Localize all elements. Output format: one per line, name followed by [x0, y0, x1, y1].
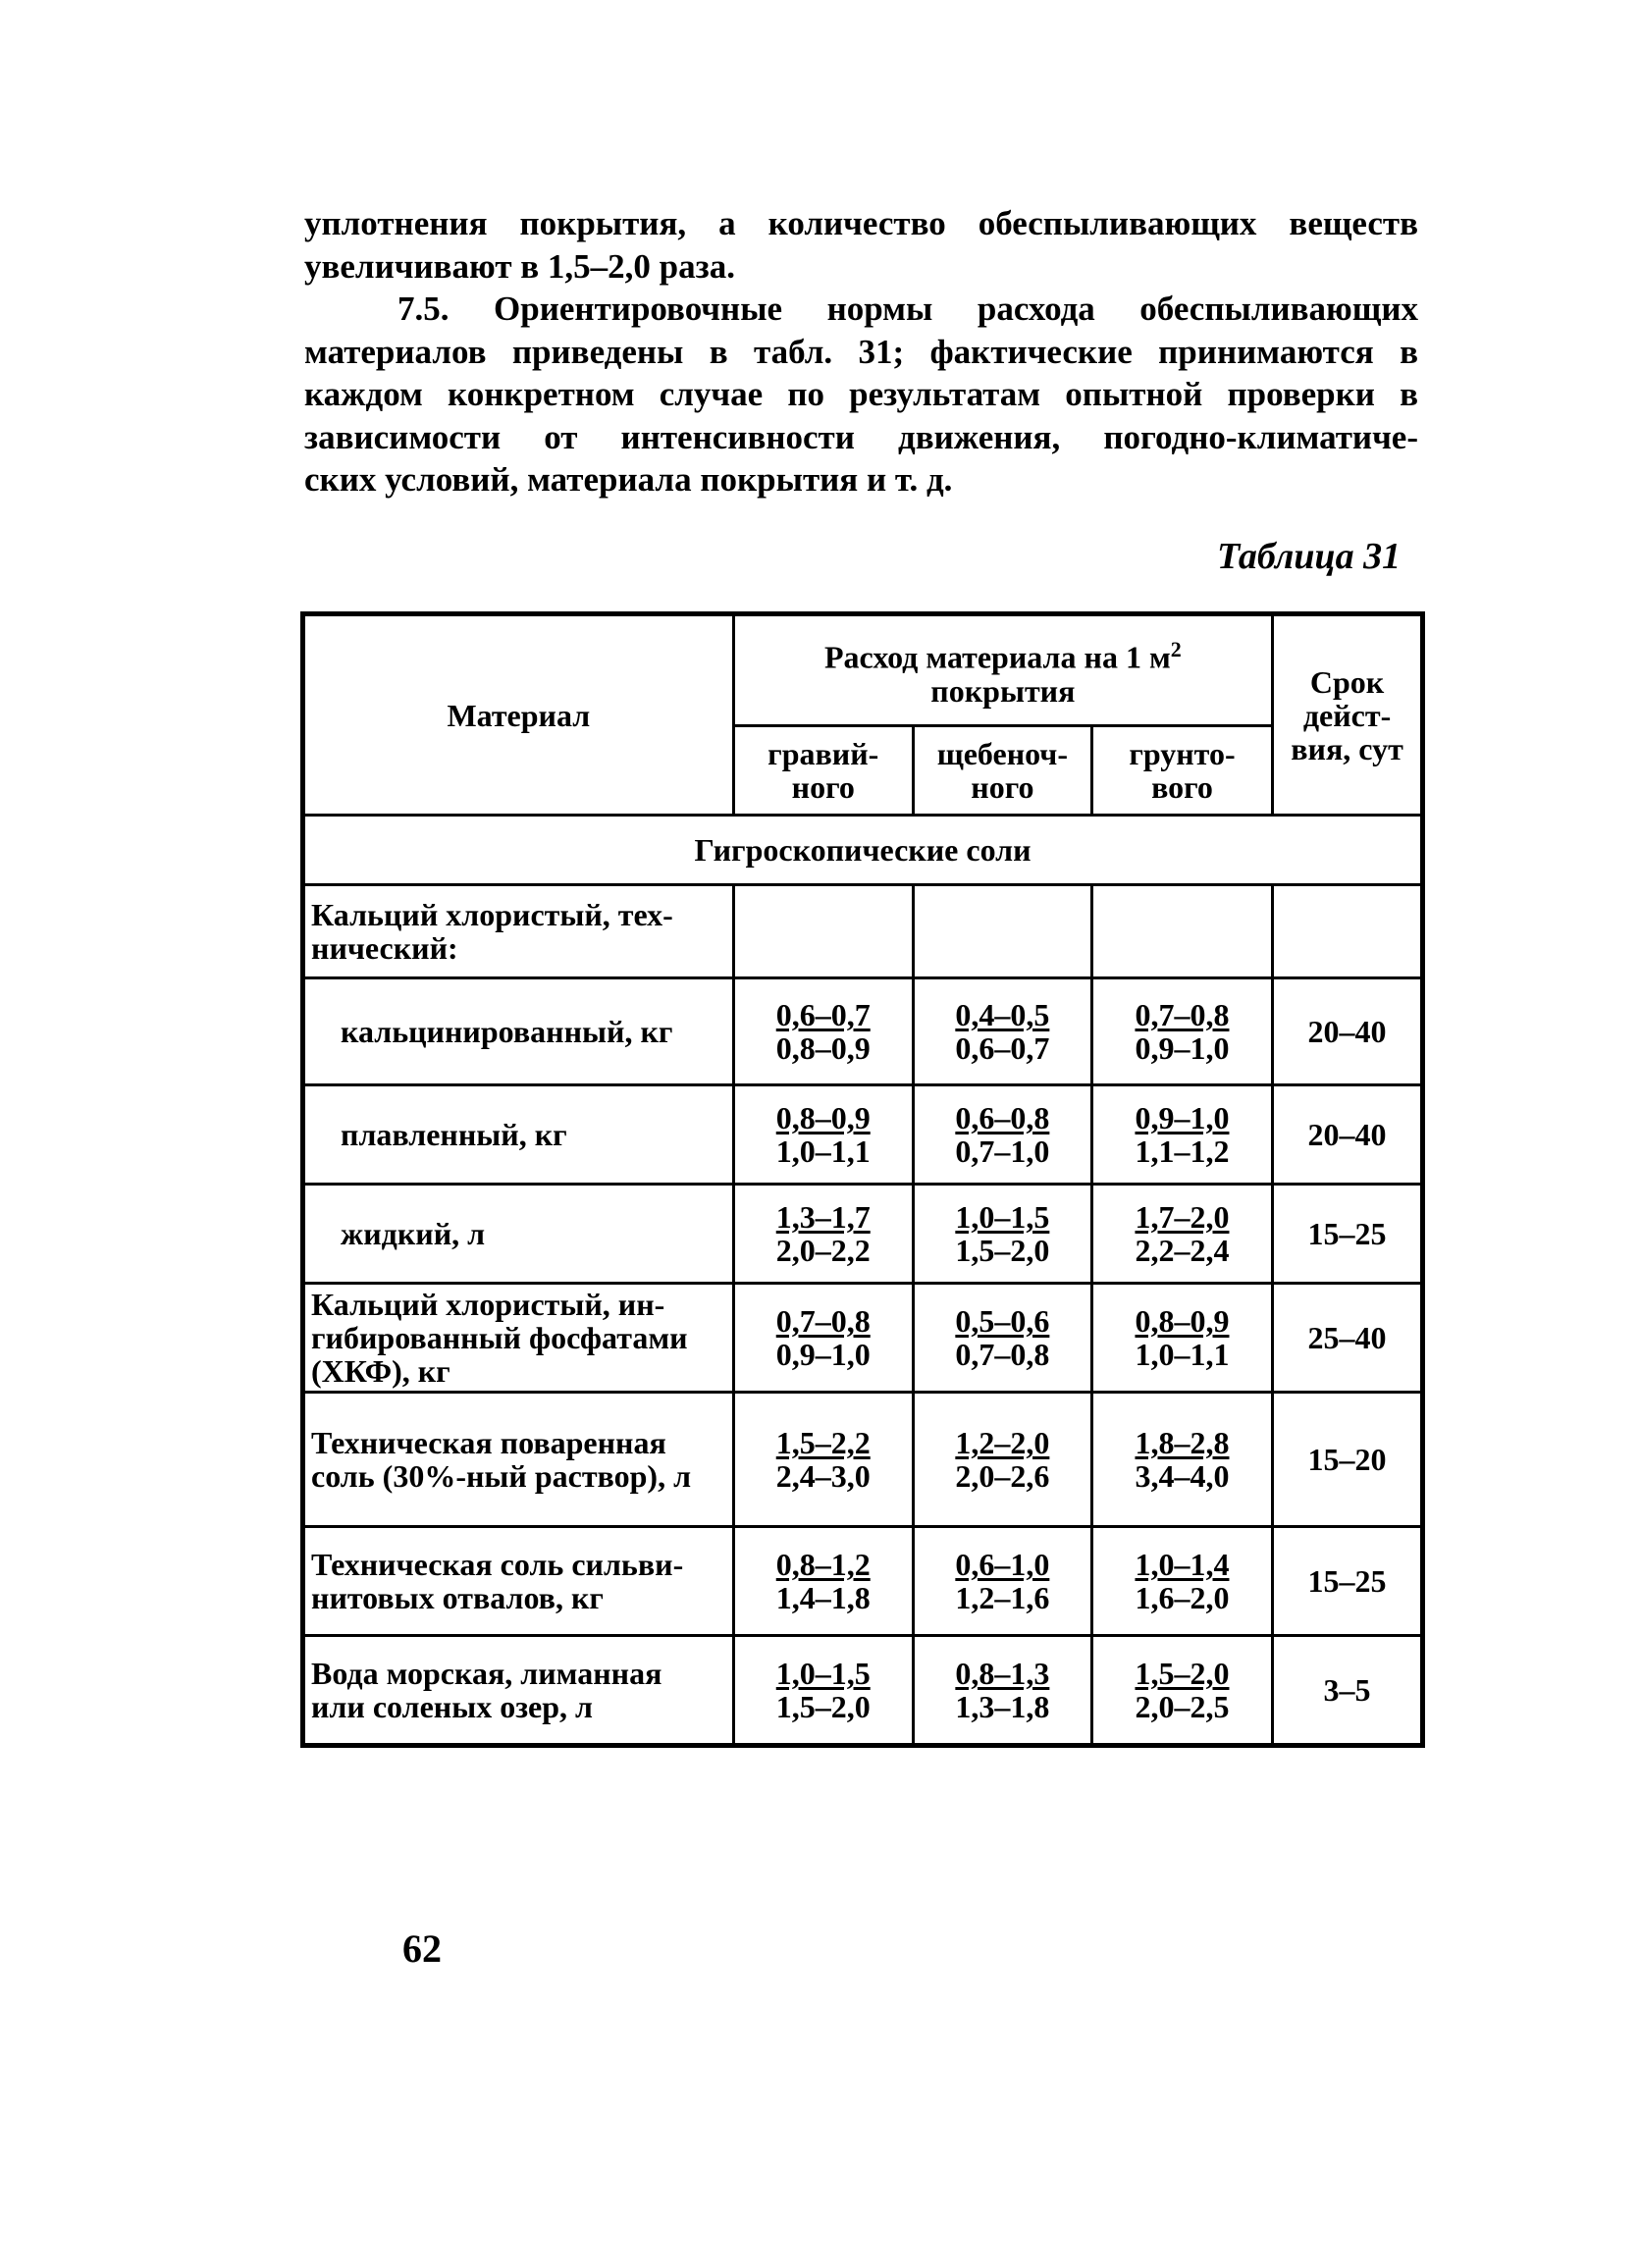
consumption-cell: 0,6–1,01,2–1,6 [913, 1527, 1091, 1636]
table-row: кальцинированный, кг0,6–0,70,8–0,90,4–0,… [303, 978, 1423, 1085]
consumption-cell: 1,0–1,51,5–2,0 [733, 1636, 913, 1746]
text-line: ских условий, материала покрытия и т. д. [304, 458, 1418, 501]
material-name: Техническая соль сильви-нитовых отвалов,… [303, 1527, 734, 1636]
consumption-cell: 1,3–1,72,0–2,2 [733, 1185, 913, 1284]
material-name: плавленный, кг [303, 1085, 734, 1185]
paragraph-continuation: уплотнения покрытия, а количество обеспы… [304, 202, 1418, 288]
consumption-cell: 1,7–2,02,2–2,4 [1091, 1185, 1272, 1284]
consumption-cell: 1,5–2,02,0–2,5 [1091, 1636, 1272, 1746]
text-line: зависимости от интенсивности движения, п… [304, 416, 1418, 459]
duration-cell: 3–5 [1273, 1636, 1423, 1746]
consumption-cell: 1,5–2,22,4–3,0 [733, 1393, 913, 1527]
consumption-cell: 0,4–0,50,6–0,7 [913, 978, 1091, 1085]
consumption-cell: 0,6–0,70,8–0,9 [733, 978, 913, 1085]
text-line: увеличивают в 1,5–2,0 раза. [304, 245, 1418, 289]
material-name: Вода морская, лиманнаяили соленых озер, … [303, 1636, 734, 1746]
consumption-cell: 1,2–2,02,0–2,6 [913, 1393, 1091, 1527]
header-material: Материал [303, 614, 734, 816]
text-line: материалов приведены в табл. 31; фактиче… [304, 331, 1418, 374]
consumption-cell [1091, 885, 1272, 978]
consumption-cell: 0,8–1,21,4–1,8 [733, 1527, 913, 1636]
consumption-cell: 0,9–1,01,1–1,2 [1091, 1085, 1272, 1185]
table-row: Техническая повареннаясоль (30%-ный раст… [303, 1393, 1423, 1527]
duration-cell: 20–40 [1273, 978, 1423, 1085]
consumption-cell [913, 885, 1091, 978]
consumption-cell: 0,8–1,31,3–1,8 [913, 1636, 1091, 1746]
consumption-cell: 0,8–0,91,0–1,1 [1091, 1284, 1272, 1393]
material-name: Техническая повареннаясоль (30%-ный раст… [303, 1393, 734, 1527]
header-soil: грунто-вого [1091, 726, 1272, 816]
header-crushed-stone: щебеноч-ного [913, 726, 1091, 816]
text-line: уплотнения покрытия, а количество обеспы… [304, 202, 1418, 245]
material-name: Кальций хлористый, тех-нический: [303, 885, 734, 978]
consumption-cell: 0,7–0,80,9–1,0 [1091, 978, 1272, 1085]
table-row: Кальций хлористый, тех-нический: [303, 885, 1423, 978]
table-31: Материал Расход материала на 1 м2 покрыт… [300, 611, 1425, 1748]
header-consumption: Расход материала на 1 м2 покрытия [733, 614, 1272, 726]
section-header: Гигроскопические соли [303, 816, 1423, 885]
table-caption: Таблица 31 [1217, 535, 1401, 578]
consumption-cell: 0,8–0,91,0–1,1 [733, 1085, 913, 1185]
material-name: Кальций хлористый, ин-гибированный фосфа… [303, 1284, 734, 1393]
text-line: каждом конкретном случае по результатам … [304, 373, 1418, 416]
text-line: 7.5. Ориентировочные нормы расхода обесп… [304, 288, 1418, 331]
consumption-cell: 1,8–2,83,4–4,0 [1091, 1393, 1272, 1527]
consumption-cell: 0,5–0,60,7–0,8 [913, 1284, 1091, 1393]
duration-cell: 15–25 [1273, 1185, 1423, 1284]
table-row: Техническая соль сильви-нитовых отвалов,… [303, 1527, 1423, 1636]
consumption-cell [733, 885, 913, 978]
material-name: кальцинированный, кг [303, 978, 734, 1085]
page-number: 62 [402, 1925, 442, 1972]
duration-cell: 25–40 [1273, 1284, 1423, 1393]
consumption-cell: 0,6–0,80,7–1,0 [913, 1085, 1091, 1185]
table-row: жидкий, л1,3–1,72,0–2,21,0–1,51,5–2,01,7… [303, 1185, 1423, 1284]
consumption-cell: 0,7–0,80,9–1,0 [733, 1284, 913, 1393]
consumption-cell: 1,0–1,51,5–2,0 [913, 1185, 1091, 1284]
paragraph-7-5: 7.5. Ориентировочные нормы расхода обесп… [304, 288, 1418, 501]
table-row: плавленный, кг0,8–0,91,0–1,10,6–0,80,7–1… [303, 1085, 1423, 1185]
material-name: жидкий, л [303, 1185, 734, 1284]
consumption-cell: 1,0–1,41,6–2,0 [1091, 1527, 1272, 1636]
table-row: Кальций хлористый, ин-гибированный фосфа… [303, 1284, 1423, 1393]
header-duration: Срок дейст- вия, сут [1273, 614, 1423, 816]
duration-cell: 15–25 [1273, 1527, 1423, 1636]
table-row: Вода морская, лиманнаяили соленых озер, … [303, 1636, 1423, 1746]
duration-cell: 15–20 [1273, 1393, 1423, 1527]
duration-cell [1273, 885, 1423, 978]
header-gravel: гравий-ного [733, 726, 913, 816]
duration-cell: 20–40 [1273, 1085, 1423, 1185]
